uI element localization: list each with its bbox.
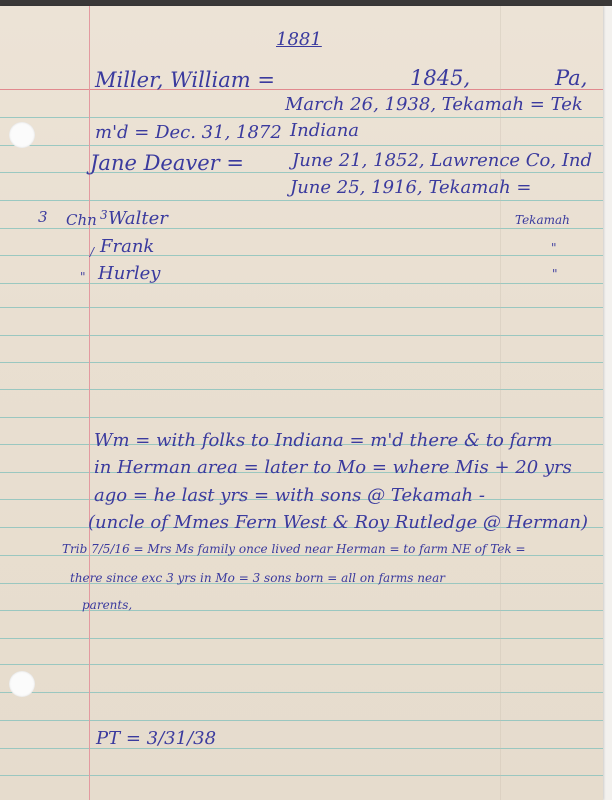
children-label: Chn — [66, 213, 97, 228]
child-marker: / — [90, 246, 94, 258]
marriage-place: Indiana — [290, 122, 359, 140]
spouse-death: June 25, 1916, Tekamah = — [290, 179, 531, 197]
ruled-line — [0, 335, 603, 336]
child-residence: " — [552, 268, 558, 280]
child-residence: Tekamah — [515, 214, 570, 226]
ruled-line — [0, 389, 603, 390]
ruled-line — [0, 117, 603, 118]
spouse-birth: June 21, 1852, Lawrence Co, Ind — [292, 152, 592, 170]
ruled-line — [0, 664, 603, 665]
note-line: parents, — [82, 599, 132, 611]
subject-death: March 26, 1938, Tekamah = Tek — [285, 96, 583, 114]
narrative-line: (uncle of Mmes Fern West & Roy Rutledge … — [88, 514, 588, 532]
child-name: Frank — [100, 238, 154, 256]
ruled-line — [0, 417, 603, 418]
narrative-line: in Herman area = later to Mo = where Mis… — [94, 459, 572, 477]
child-marker: " — [80, 271, 86, 283]
subject-birth-year: 1845, — [410, 68, 470, 89]
child-marker: 3 — [100, 209, 108, 221]
faint-right-guide — [500, 6, 501, 800]
children-count: 3 — [38, 210, 48, 225]
narrative-line: Wm = with folks to Indiana = m'd there &… — [94, 432, 553, 450]
year-header: 1881 — [276, 31, 322, 49]
ruled-line — [0, 638, 603, 639]
ruled-line — [0, 307, 603, 308]
subject-name: Miller, William = — [95, 70, 275, 91]
footer-pt-date: PT = 3/31/38 — [96, 730, 216, 748]
narrative-line: ago = he last yrs = with sons @ Tekamah … — [94, 487, 485, 505]
note-line: Trib 7/5/16 = Mrs Ms family once lived n… — [62, 543, 526, 555]
child-residence: " — [551, 242, 557, 254]
ruled-line — [0, 283, 603, 284]
ruled-line — [0, 362, 603, 363]
ruled-line — [0, 145, 603, 146]
marriage-date: m'd = Dec. 31, 1872 — [95, 124, 282, 142]
ruled-line — [0, 775, 603, 776]
child-name: Hurley — [98, 265, 160, 283]
note-line: there since exc 3 yrs in Mo = 3 sons bor… — [70, 572, 445, 584]
ruled-line — [0, 720, 603, 721]
child-name: Walter — [108, 210, 168, 228]
ruled-line — [0, 200, 603, 201]
subject-birth-place: Pa, — [555, 68, 587, 89]
spouse-name: Jane Deaver = — [90, 153, 244, 174]
punch-hole — [9, 671, 35, 697]
red-header-rule — [0, 89, 603, 90]
ruled-line — [0, 692, 603, 693]
ruled-line — [0, 748, 603, 749]
margin-line — [89, 6, 90, 800]
notebook-page: 1881 Miller, William = 1845, Pa, March 2… — [0, 6, 603, 800]
punch-hole — [9, 122, 35, 148]
